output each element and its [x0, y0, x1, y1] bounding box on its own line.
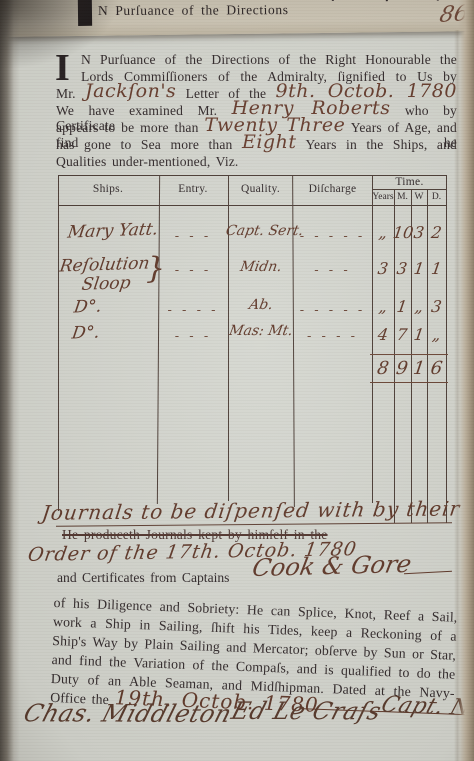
total-days: 6	[426, 358, 448, 379]
prev-table-line	[386, 0, 388, 1]
print-segment: appears to be more than	[56, 120, 199, 135]
signature-ed-le-cras: Ed Le Craſs	[228, 697, 385, 726]
print-segment: Years in the Ships, and	[305, 137, 457, 152]
table-cell-ship: D°.	[71, 323, 102, 344]
table-cell-entry: - - -	[158, 263, 228, 278]
total-overline	[370, 354, 448, 355]
scanned-document-page: N Purſuance of the Directions 86 I N Pur…	[0, 0, 474, 761]
table-cell-ship: Mary Yatt.	[66, 219, 159, 242]
table-cell-days: 2	[426, 223, 448, 242]
table-cell-entry: - - - -	[158, 303, 228, 318]
table-cell-ship-line2: Sloop	[80, 273, 132, 295]
subcol-header-years: Years	[371, 192, 395, 202]
header-bottom-line	[58, 205, 447, 206]
handwritten-captains-cook-gore: Cook & Gore	[250, 550, 414, 582]
col-header-entry: Entry.	[158, 183, 228, 195]
subcol-header-weeks: W	[411, 192, 427, 202]
col-header-quality: Quality.	[228, 183, 293, 195]
previous-page-header-text: N Purſuance of the Directions	[98, 2, 289, 19]
table-cell-discharge: - - - -	[293, 329, 372, 344]
table-cell-discharge: - - - - -	[293, 229, 372, 244]
subcol-header-days: D.	[427, 192, 446, 202]
signature-charles-middleton: Chas. Middleton	[20, 699, 235, 728]
captains-flourish-dash	[404, 571, 452, 575]
page-edge-right	[458, 0, 474, 761]
printed-certificates-line: and Certificates from Captains	[57, 570, 229, 586]
subcol-header-months: M.	[394, 192, 411, 202]
service-table: Ships. Entry. Quality. Diſcharge Time. Y…	[58, 175, 448, 525]
handwritten-journals-note: Journals to be diſpenſed with by their L…	[40, 495, 474, 525]
table-cell-days: 1	[426, 259, 448, 278]
table-cell-ship: D°.	[73, 297, 104, 318]
handwritten-name-jackson: Jackſon's	[85, 80, 176, 102]
table-border-left	[58, 175, 59, 511]
col-header-discharge: Diſcharge	[293, 183, 372, 195]
total-underline	[370, 382, 448, 383]
col-header-time: Time.	[372, 176, 447, 188]
corner-shadow	[0, 0, 120, 70]
table-cell-entry: - - -	[158, 329, 228, 344]
table-cell-quality: Mas: Mt.	[225, 323, 298, 339]
book-binding-edge	[0, 0, 20, 761]
prev-table-line	[332, 0, 334, 1]
intro-line: Qualities under-mentioned, Viz.	[56, 154, 457, 171]
signature-row: Chas. Middleton Ed Le Craſs Capt. North	[24, 695, 459, 729]
table-cell-discharge: - - - - -	[293, 303, 372, 318]
time-header-divider	[372, 189, 447, 190]
table-cell-days: 3	[426, 297, 448, 316]
handwritten-years-at-sea: Eight	[242, 131, 296, 153]
intro-line: has gone to Sea more than Eight Years in…	[56, 137, 457, 154]
print-segment: has gone to Sea more than	[56, 137, 233, 152]
col-header-ships: Ships.	[58, 183, 158, 195]
print-segment: We have examined Mr.	[56, 103, 217, 118]
table-cell-quality: Midn.	[225, 259, 298, 275]
table-cell-discharge: - - -	[293, 263, 372, 278]
table-cell-entry: - - -	[158, 229, 228, 244]
table-cell-days: „	[426, 325, 448, 344]
table-cell-quality: Capt. Sert.	[225, 223, 298, 239]
prev-table-line	[437, 0, 439, 1]
table-cell-quality: Ab.	[225, 297, 298, 313]
